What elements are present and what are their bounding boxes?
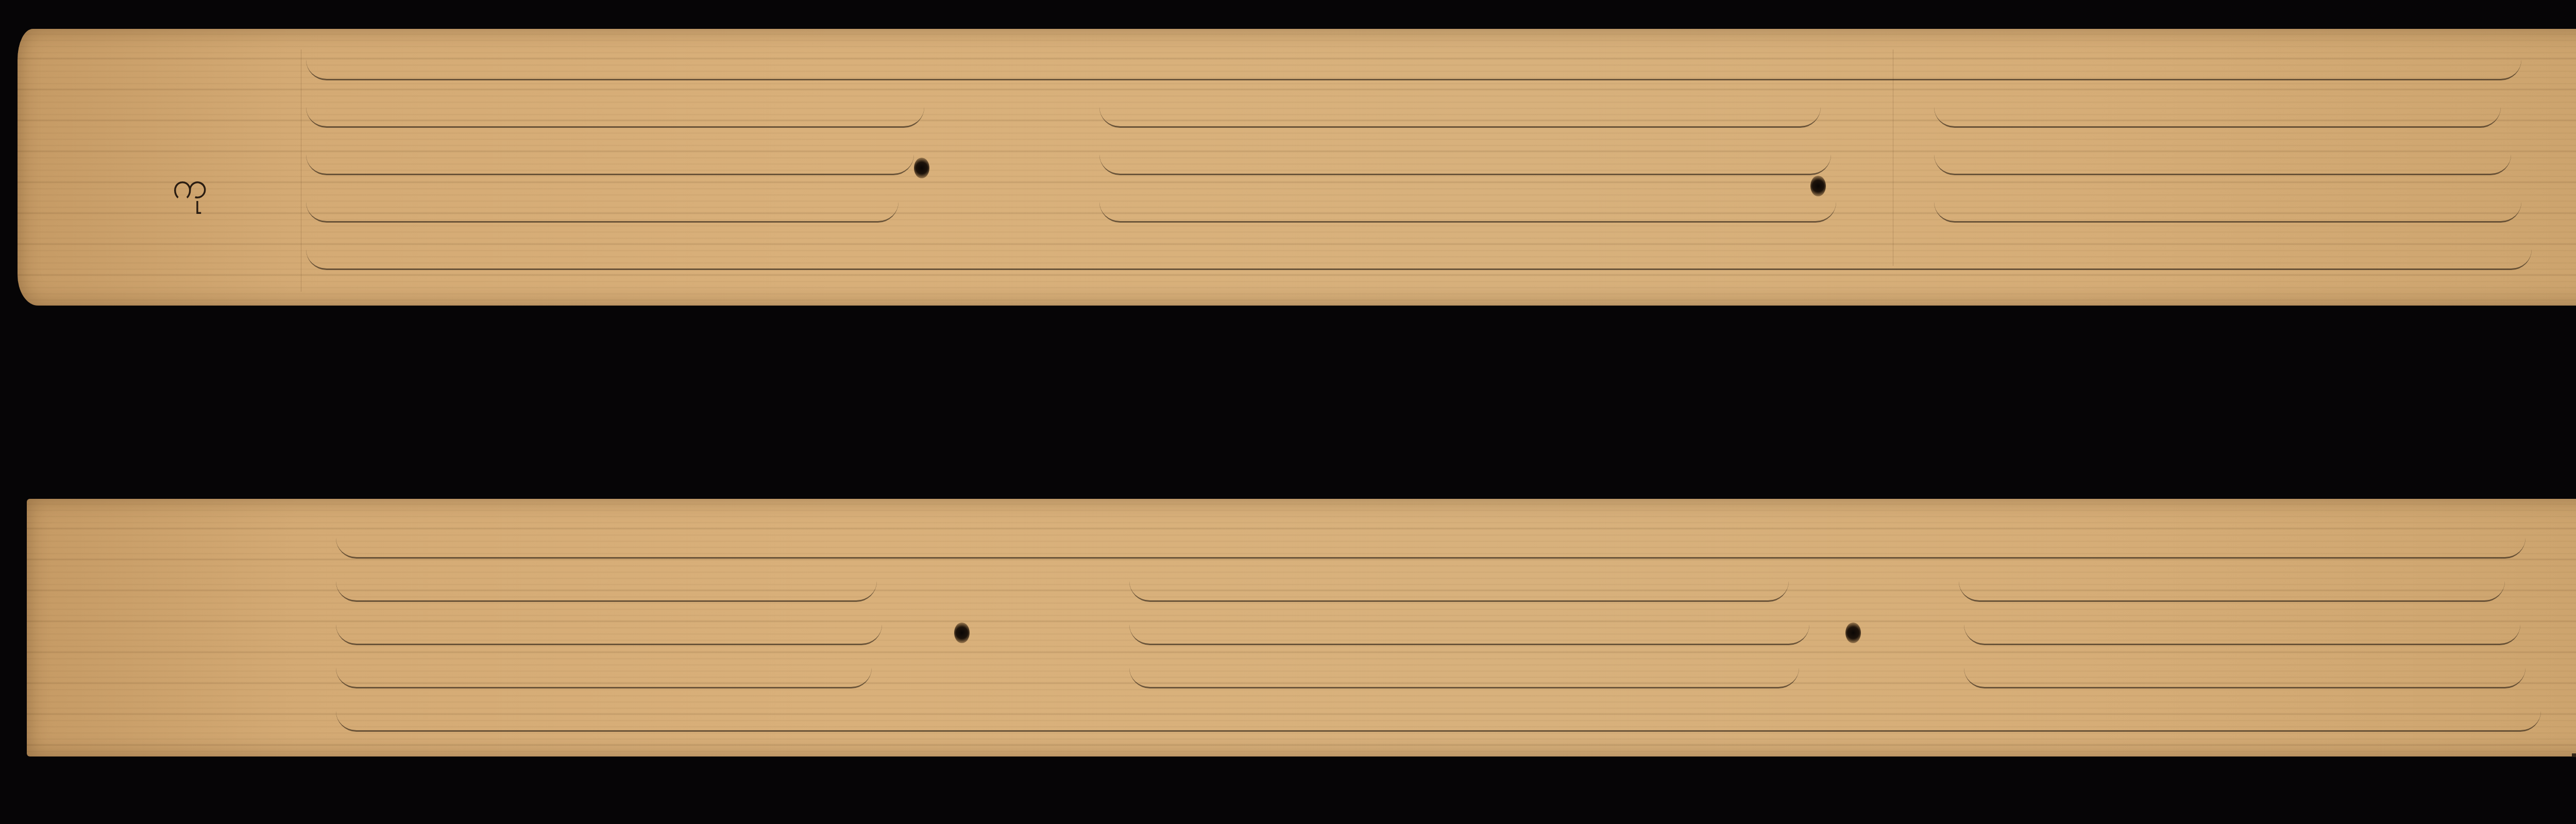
script-line	[336, 693, 2551, 736]
script-line	[336, 563, 2551, 606]
frayed-edge	[2572, 753, 2576, 770]
script-line	[306, 229, 2537, 276]
palm-leaf-folio-bottom	[27, 499, 2576, 756]
manuscript-text-top	[306, 39, 2537, 297]
palm-leaf-folio-top: ကု	[18, 29, 2576, 306]
script-line	[336, 606, 2551, 649]
leaf-number: ကု	[172, 163, 208, 216]
manuscript-text-bottom	[336, 519, 2551, 746]
script-line	[306, 181, 2537, 229]
script-line	[306, 134, 2537, 181]
script-line	[336, 649, 2551, 693]
margin-rule	[301, 49, 301, 292]
script-line	[306, 87, 2537, 134]
script-line	[336, 519, 2551, 563]
script-line	[306, 39, 2537, 87]
